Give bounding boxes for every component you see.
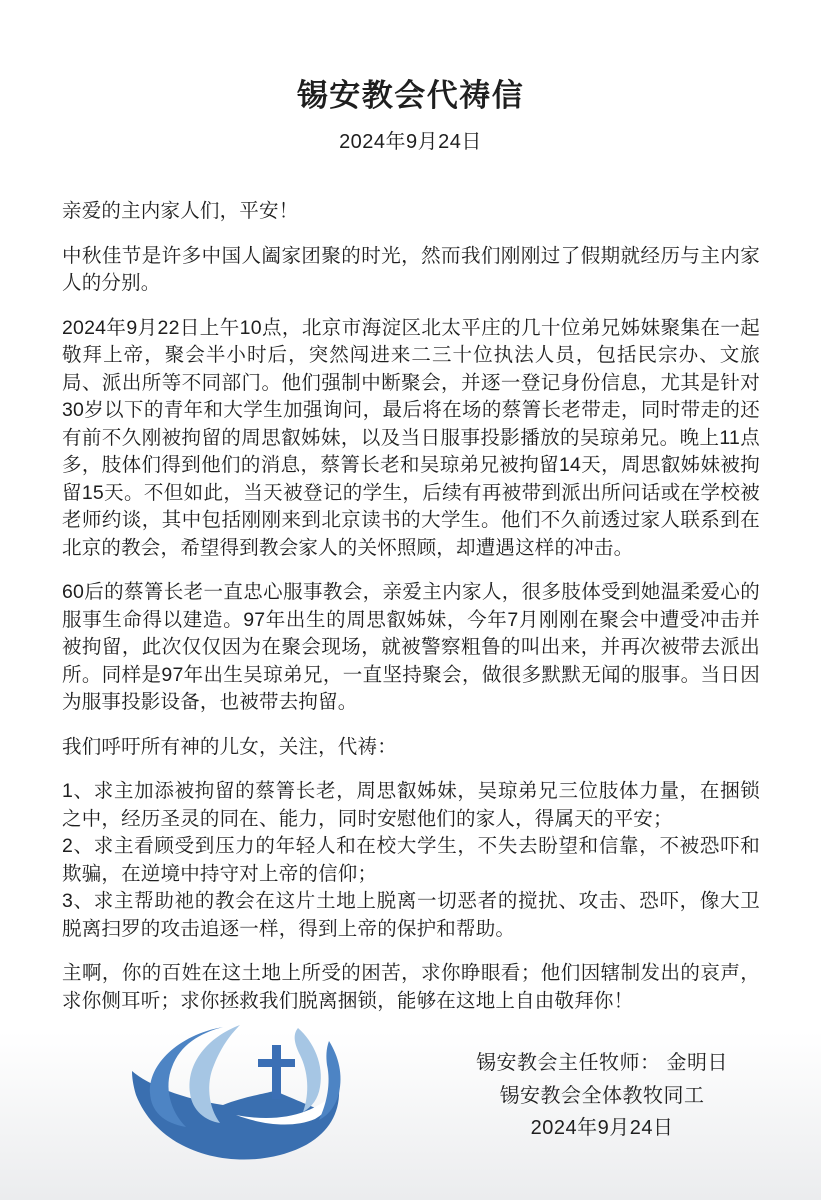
greeting-line: 亲爱的主内家人们，平安！ bbox=[62, 198, 760, 226]
letter-paragraph: 60后的蔡箐长老一直忠心服事教会，亲爱主内家人，很多肢体受到她温柔爱心的服事生命… bbox=[62, 579, 760, 717]
letter-body: 亲爱的主内家人们，平安！ 中秋佳节是许多中国人阖家团聚的时光，然而我们刚刚过了假… bbox=[62, 198, 760, 1173]
signature-pastor: 锡安教会主任牧师： 金明日 bbox=[476, 1047, 728, 1080]
closing-prayer: 主啊，你的百姓在这土地上所受的困苦，求你睁眼看；他们因辖制发出的哀声，求你侧耳听… bbox=[62, 960, 760, 1015]
signature-block: 锡安教会主任牧师： 金明日 锡安教会全体教牧同工 2024年9月24日 bbox=[476, 1023, 728, 1145]
signature-staff: 锡安教会全体教牧同工 bbox=[476, 1080, 728, 1113]
page-title: 锡安教会代祷信 bbox=[0, 0, 821, 115]
prayer-letter-page: 锡安教会代祷信 2024年9月24日 亲爱的主内家人们，平安！ 中秋佳节是许多中… bbox=[0, 0, 821, 1200]
call-to-prayer-line: 我们呼吁所有神的儿女，关注，代祷： bbox=[62, 734, 760, 762]
letter-paragraph: 2024年9月22日上午10点，北京市海淀区北太平庄的几十位弟兄姊妹聚集在一起敬… bbox=[62, 315, 760, 563]
letter-footer: 锡安教会主任牧师： 金明日 锡安教会全体教牧同工 2024年9月24日 bbox=[62, 1023, 760, 1173]
signature-date: 2024年9月24日 bbox=[476, 1112, 728, 1145]
prayer-item: 2、求主看顾受到压力的年轻人和在校大学生，不失去盼望和信靠，不被恐吓和欺骗，在逆… bbox=[62, 833, 760, 888]
prayer-item: 1、求主加添被拘留的蔡箐长老，周思叡姊妹，吴琼弟兄三位肢体力量，在捆锁之中，经历… bbox=[62, 778, 760, 833]
document-date: 2024年9月24日 bbox=[0, 125, 821, 154]
prayer-item: 3、求主帮助祂的教会在这片土地上脱离一切恶者的搅扰、攻击、恐吓，像大卫脱离扫罗的… bbox=[62, 888, 760, 943]
letter-paragraph: 中秋佳节是许多中国人阖家团聚的时光，然而我们刚刚过了假期就经历与主内家人的分别。 bbox=[62, 243, 760, 298]
church-logo-icon bbox=[128, 1023, 348, 1168]
cross-icon bbox=[258, 1045, 295, 1099]
church-logo bbox=[128, 1023, 348, 1173]
prayer-request-list: 1、求主加添被拘留的蔡箐长老，周思叡姊妹，吴琼弟兄三位肢体力量，在捆锁之中，经历… bbox=[62, 778, 760, 943]
